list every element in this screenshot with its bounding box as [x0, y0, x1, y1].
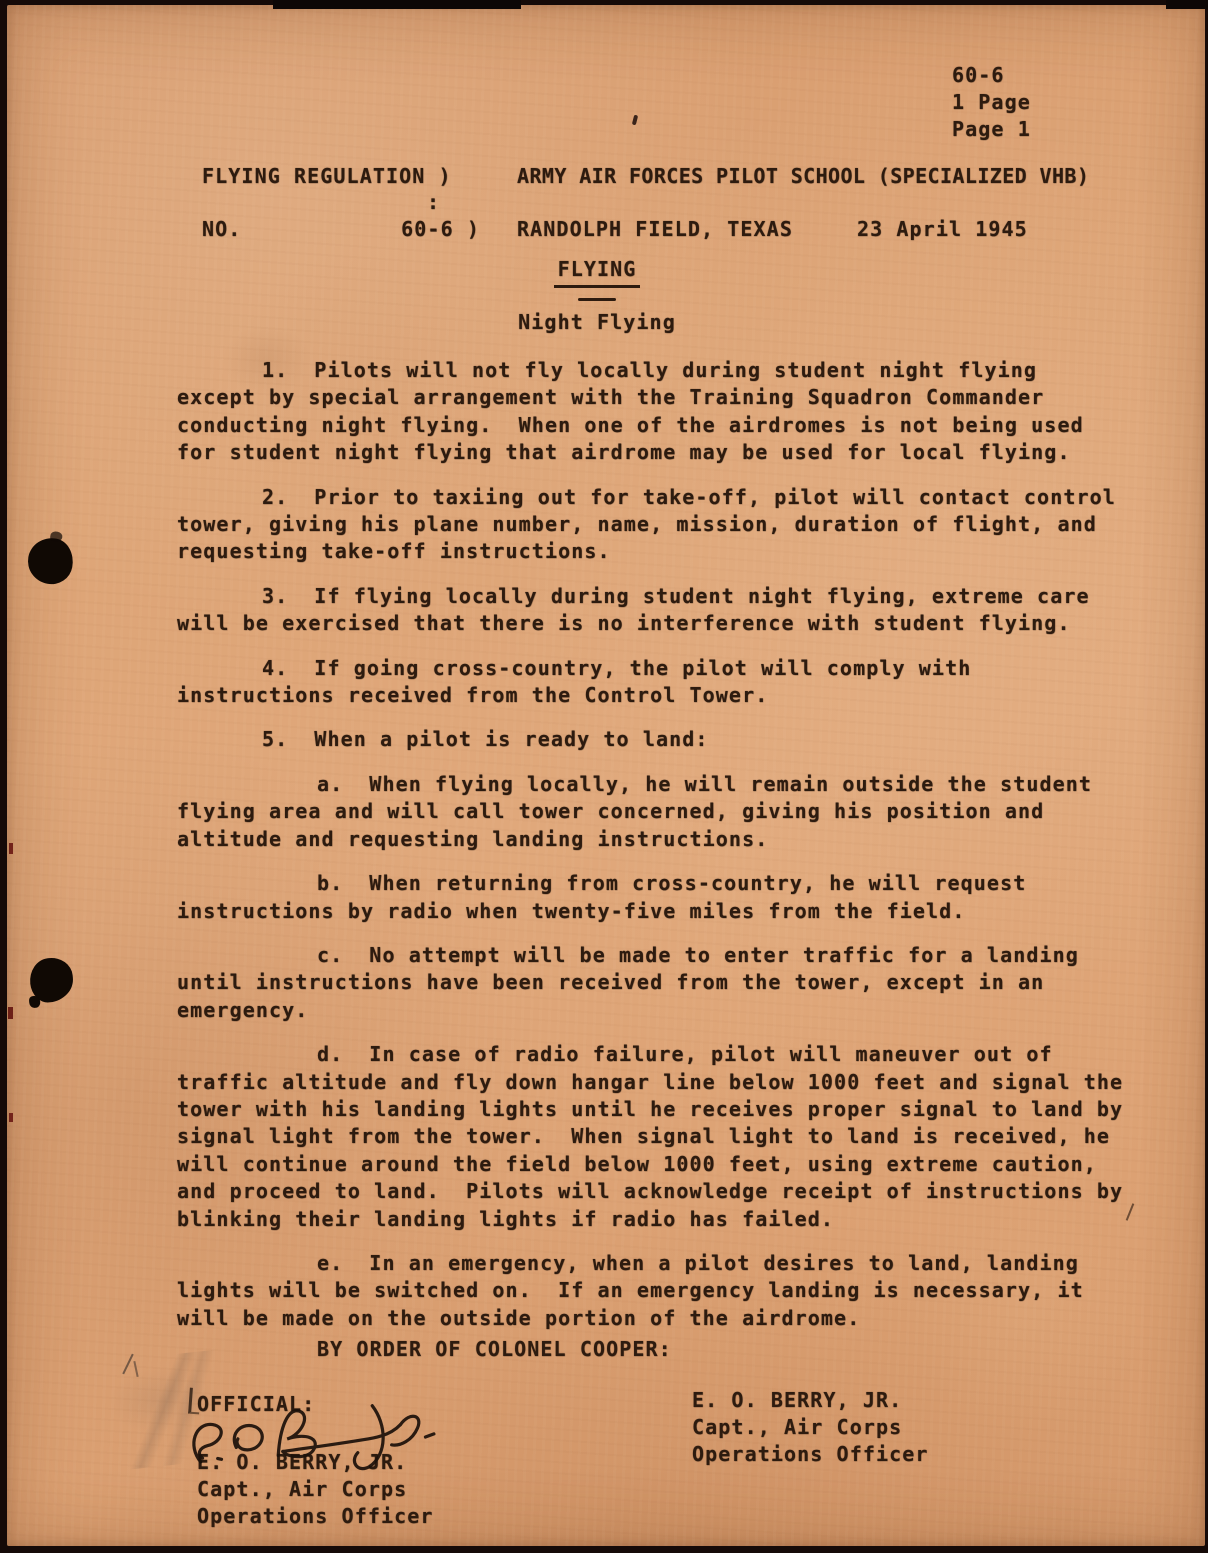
- issue-date: 23 April 1945: [857, 217, 1028, 241]
- school-name: ARMY AIR FORCES PILOT SCHOOL (SPECIALIZE…: [517, 163, 1089, 189]
- station-name: RANDOLPH FIELD, TEXAS: [517, 217, 793, 241]
- subparagraph-letter: e.: [317, 1251, 343, 1275]
- edge-fleck: [8, 1007, 13, 1019]
- paragraph-number: 1.: [262, 358, 288, 382]
- document-subtitle: Night Flying: [518, 310, 676, 334]
- doc-number: 60-6: [952, 62, 1031, 89]
- paragraph-3: 3.If flying locally during student night…: [177, 583, 1129, 638]
- subparagraph-d: d.In case of radio failure, pilot will m…: [177, 1041, 1129, 1233]
- number-value: 60-6 ): [401, 216, 480, 242]
- signer-name: E. O. BERRY, JR.: [692, 1387, 929, 1414]
- signer-title: Operations Officer: [197, 1503, 434, 1530]
- paragraph-4: 4.If going cross-country, the pilot will…: [177, 655, 1129, 710]
- subparagraph-letter: a.: [317, 772, 343, 796]
- station-date-row: RANDOLPH FIELD, TEXAS23 April 1945: [517, 216, 1089, 242]
- page-length: 1 Page: [952, 89, 1031, 116]
- header-separator: :: [427, 190, 440, 214]
- subparagraph-letter: b.: [317, 871, 343, 895]
- signer-block: E. O. BERRY, JR. Capt., Air Corps Operat…: [692, 1387, 929, 1468]
- subparagraph-text: When returning from cross-country, he wi…: [177, 871, 1040, 922]
- subparagraph-letter: d.: [317, 1042, 343, 1066]
- signer-title: Operations Officer: [692, 1441, 929, 1468]
- paragraph-5: 5.When a pilot is ready to land:: [177, 726, 1129, 753]
- scan-edge-artifact: [273, 0, 521, 9]
- edge-fleck: [9, 843, 13, 854]
- paragraph-1: 1.Pilots will not fly locally during stu…: [177, 357, 1129, 467]
- subparagraph-text: In case of radio failure, pilot will man…: [177, 1042, 1136, 1230]
- scanned-document-page: 60-6 1 Page Page 1 FLYING REGULATION ) N…: [0, 0, 1208, 1553]
- number-label: NO.: [202, 216, 241, 242]
- paragraph-text: When a pilot is ready to land:: [314, 727, 708, 751]
- paragraph-text: Pilots will not fly locally during stude…: [177, 358, 1097, 464]
- subparagraph-text: In an emergency, when a pilot desires to…: [177, 1251, 1097, 1330]
- page-number: Page 1: [952, 116, 1031, 143]
- signer-rank: Capt., Air Corps: [692, 1414, 929, 1441]
- subparagraph-c: c.No attempt will be made to enter traff…: [177, 942, 1129, 1024]
- issuing-authority-block: ARMY AIR FORCES PILOT SCHOOL (SPECIALIZE…: [517, 163, 1089, 242]
- paragraph-number: 2.: [262, 485, 288, 509]
- title-underline-mark: [578, 298, 616, 301]
- pencil-mark: [133, 1361, 138, 1377]
- document-title-row: FLYING: [7, 257, 1187, 281]
- subparagraph-a: a.When flying locally, he will remain ou…: [177, 771, 1129, 853]
- edge-fleck: [9, 1113, 13, 1122]
- paragraph-text: Prior to taxiing out for take-off, pilot…: [177, 485, 1129, 564]
- paragraph-number: 3.: [262, 584, 288, 608]
- regulation-number-row: NO. 60-6 ): [202, 216, 480, 242]
- paragraph-number: 5.: [262, 727, 288, 751]
- regulation-body: 1.Pilots will not fly locally during stu…: [177, 357, 1129, 1349]
- pencil-mark: [122, 1354, 133, 1375]
- by-order-line: BY ORDER OF COLONEL COOPER:: [317, 1337, 672, 1361]
- subparagraph-b: b.When returning from cross-country, he …: [177, 870, 1129, 925]
- handwritten-signature: [178, 1390, 477, 1490]
- ink-blot: [28, 956, 75, 1004]
- paper-sheet: 60-6 1 Page Page 1 FLYING REGULATION ) N…: [7, 5, 1205, 1546]
- subparagraph-letter: c.: [317, 943, 343, 967]
- document-subtitle-row: Night Flying: [7, 310, 1187, 334]
- page-reference-block: 60-6 1 Page Page 1: [952, 62, 1031, 143]
- paragraph-text: If flying locally during student night f…: [177, 584, 1103, 635]
- subparagraph-text: No attempt will be made to enter traffic…: [177, 943, 1092, 1022]
- paragraph-2: 2.Prior to taxiing out for take-off, pil…: [177, 484, 1129, 566]
- paragraph-text: If going cross-country, the pilot will c…: [177, 656, 985, 707]
- regulation-label: FLYING REGULATION ): [202, 163, 480, 189]
- paragraph-number: 4.: [262, 656, 288, 680]
- ink-blot: [24, 534, 76, 587]
- subparagraph-e: e.In an emergency, when a pilot desires …: [177, 1250, 1129, 1332]
- ink-speck: [632, 115, 638, 126]
- scan-corner-artifact: [1166, 0, 1208, 9]
- document-title: FLYING: [554, 257, 641, 288]
